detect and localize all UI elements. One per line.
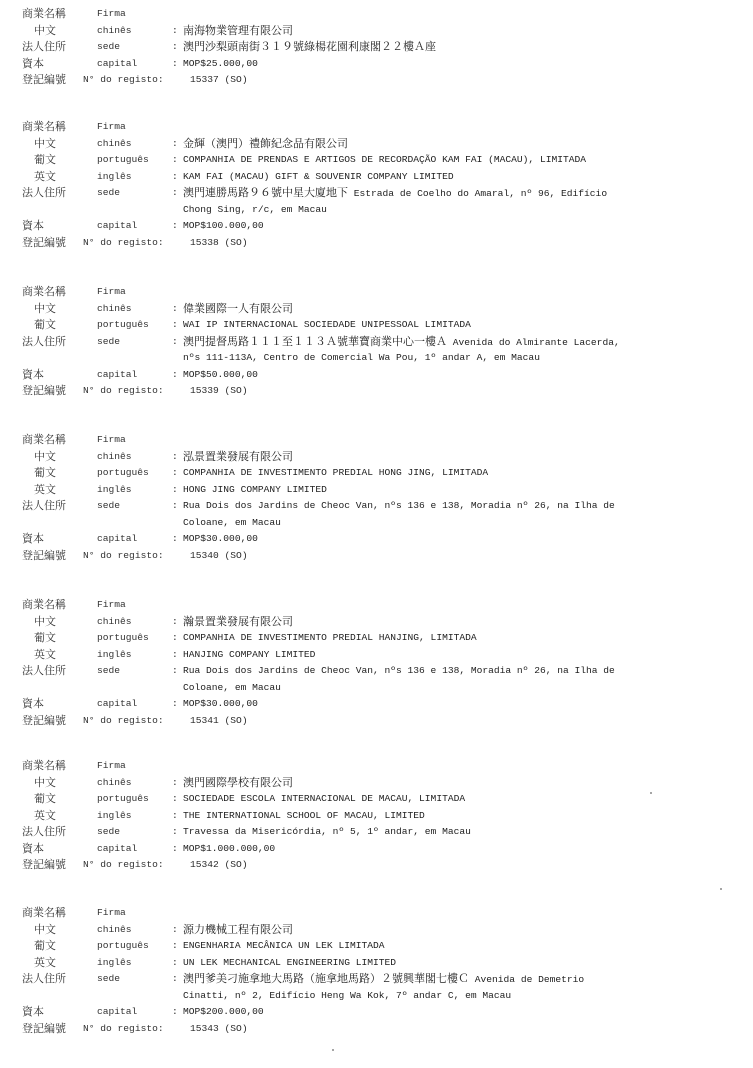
capital-label-zh: 資本: [22, 218, 94, 235]
sede-row: 法人住所 sede : 澳門沙梨頭南街３１９號綠楊花園利康閣２２樓Ａ座: [0, 39, 753, 56]
chines-label-zh: 中文: [34, 449, 106, 466]
chines-label-pt: chinês: [97, 23, 132, 40]
colon: :: [172, 39, 178, 56]
colon: :: [172, 841, 178, 858]
portugues-label-pt: português: [97, 465, 149, 482]
capital-label-pt: capital: [97, 218, 137, 235]
colon: :: [172, 136, 178, 153]
sede-label-zh: 法人住所: [22, 498, 94, 515]
chinese-name: 瀚景置業發展有限公司: [183, 614, 293, 631]
sede-row: 法人住所 sede : 澳門連勝馬路９６號中星大廈地下 Estrada de C…: [0, 185, 753, 202]
capital-row: 資本 capital : MOP$25.000,00: [0, 56, 753, 73]
chinese-name: 澳門國際學校有限公司: [183, 775, 293, 792]
colon: :: [172, 531, 178, 548]
scan-speck: [720, 888, 722, 890]
portuguese-name: COMPANHIA DE PRENDAS E ARTIGOS DE RECORD…: [183, 152, 586, 169]
capital-value: MOP$30.000,00: [183, 531, 258, 548]
portuguese-name: COMPANHIA DE INVESTIMENTO PREDIAL HANJIN…: [183, 630, 477, 647]
chines-label-pt: chinês: [97, 922, 132, 939]
colon: :: [172, 56, 178, 73]
capital-label-zh: 資本: [22, 696, 94, 713]
registo-row: 登記編號 N° do registo: 15340 (SO): [0, 548, 753, 565]
english-name: HANJING COMPANY LIMITED: [183, 647, 315, 664]
firma-label-zh: 商業名稱: [22, 758, 94, 775]
portugues-row: 葡文 português : ENGENHARIA MECÂNICA UN LE…: [0, 938, 753, 955]
colon: :: [172, 971, 178, 988]
sede-continuation-row: Coloane, em Macau: [0, 515, 753, 532]
firma-label-pt: Firma: [97, 6, 126, 23]
sede-row: 法人住所 sede : Rua Dois dos Jardins de Cheo…: [0, 663, 753, 680]
registo-label-pt: N° do registo:: [83, 235, 164, 252]
registo-row: 登記編號 N° do registo: 15342 (SO): [0, 857, 753, 874]
chines-label-pt: chinês: [97, 614, 132, 631]
sede-label-zh: 法人住所: [22, 824, 94, 841]
firma-header-row: 商業名稱 Firma: [0, 758, 753, 775]
firma-header-row: 商業名稱 Firma: [0, 119, 753, 136]
colon: :: [172, 630, 178, 647]
chines-label-zh: 中文: [34, 136, 106, 153]
sede-address-cjk: 澳門沙梨頭南街３１９號綠楊花園利康閣２２樓Ａ座: [183, 39, 436, 56]
ingles-row: 英文 inglês : THE INTERNATIONAL SCHOOL OF …: [0, 808, 753, 825]
portugues-label-zh: 葡文: [34, 938, 106, 955]
portugues-label-pt: português: [97, 791, 149, 808]
capital-label-zh: 資本: [22, 1004, 94, 1021]
registo-number: 15343 (SO): [190, 1021, 248, 1038]
capital-row: 資本 capital : MOP$30.000,00: [0, 696, 753, 713]
ingles-row: 英文 inglês : KAM FAI (MACAU) GIFT & SOUVE…: [0, 169, 753, 186]
colon: :: [172, 449, 178, 466]
sede-label-zh: 法人住所: [22, 663, 94, 680]
sede-label-zh: 法人住所: [22, 334, 94, 351]
colon: :: [172, 791, 178, 808]
portugues-label-pt: português: [97, 317, 149, 334]
capital-row: 資本 capital : MOP$1.000.000,00: [0, 841, 753, 858]
colon: :: [172, 922, 178, 939]
sede-continuation-row: nºs 111-113A, Centro de Comercial Wa Pou…: [0, 350, 753, 367]
chines-row: 中文 chinês : 澳門國際學校有限公司: [0, 775, 753, 792]
sede-address-line2: Chong Sing, r/c, em Macau: [183, 202, 327, 219]
firma-label-zh: 商業名稱: [22, 905, 94, 922]
portugues-label-zh: 葡文: [34, 791, 106, 808]
chinese-name: 偉業國際一人有限公司: [183, 301, 293, 318]
colon: :: [172, 23, 178, 40]
capital-label-zh: 資本: [22, 841, 94, 858]
registration-entry-15339: 商業名稱 Firma 中文 chinês : 偉業國際一人有限公司 葡文 por…: [0, 284, 753, 400]
sede-address-line2: Coloane, em Macau: [183, 680, 281, 697]
colon: :: [172, 317, 178, 334]
portuguese-name: COMPANHIA DE INVESTIMENTO PREDIAL HONG J…: [183, 465, 488, 482]
registo-label-pt: N° do registo:: [83, 857, 164, 874]
registo-number: 15339 (SO): [190, 383, 248, 400]
sede-continuation-row: Cinatti, nº 2, Edifício Heng Wa Kok, 7º …: [0, 988, 753, 1005]
english-name: HONG JING COMPANY LIMITED: [183, 482, 327, 499]
registo-number: 15342 (SO): [190, 857, 248, 874]
sede-row: 法人住所 sede : Rua Dois dos Jardins de Cheo…: [0, 498, 753, 515]
capital-value: MOP$30.000,00: [183, 696, 258, 713]
capital-row: 資本 capital : MOP$200.000,00: [0, 1004, 753, 1021]
colon: :: [172, 482, 178, 499]
capital-row: 資本 capital : MOP$30.000,00: [0, 531, 753, 548]
capital-label-zh: 資本: [22, 367, 94, 384]
ingles-label-pt: inglês: [97, 482, 132, 499]
capital-label-zh: 資本: [22, 531, 94, 548]
scan-speck: [650, 792, 652, 794]
colon: :: [172, 465, 178, 482]
colon: :: [172, 614, 178, 631]
capital-value: MOP$25.000,00: [183, 56, 258, 73]
chines-row: 中文 chinês : 南海物業管理有限公司: [0, 23, 753, 40]
sede-label-zh: 法人住所: [22, 185, 94, 202]
capital-label-pt: capital: [97, 531, 137, 548]
portugues-label-zh: 葡文: [34, 630, 106, 647]
ingles-label-zh: 英文: [34, 955, 106, 972]
portugues-row: 葡文 português : SOCIEDADE ESCOLA INTERNAC…: [0, 791, 753, 808]
colon: :: [172, 938, 178, 955]
ingles-label-pt: inglês: [97, 647, 132, 664]
chinese-name: 源力機械工程有限公司: [183, 922, 293, 939]
portugues-row: 葡文 português : COMPANHIA DE INVESTIMENTO…: [0, 465, 753, 482]
registo-label-pt: N° do registo:: [83, 383, 164, 400]
capital-label-pt: capital: [97, 56, 137, 73]
firma-label-zh: 商業名稱: [22, 6, 94, 23]
portuguese-name: ENGENHARIA MECÂNICA UN LEK LIMITADA: [183, 938, 385, 955]
capital-label-pt: capital: [97, 1004, 137, 1021]
colon: :: [172, 169, 178, 186]
firma-label-zh: 商業名稱: [22, 597, 94, 614]
registo-label-pt: N° do registo:: [83, 1021, 164, 1038]
chines-row: 中文 chinês : 金輝（澳門）禮飾紀念品有限公司: [0, 136, 753, 153]
registration-entry-15343: 商業名稱 Firma 中文 chinês : 源力機械工程有限公司 葡文 por…: [0, 905, 753, 1037]
portugues-label-zh: 葡文: [34, 317, 106, 334]
ingles-label-zh: 英文: [34, 482, 106, 499]
registration-entry-15337: 商業名稱 Firma 中文 chinês : 南海物業管理有限公司 法人住所 s…: [0, 6, 753, 89]
registo-row: 登記編號 N° do registo: 15338 (SO): [0, 235, 753, 252]
firma-label-zh: 商業名稱: [22, 119, 94, 136]
firma-header-row: 商業名稱 Firma: [0, 597, 753, 614]
colon: :: [172, 334, 178, 351]
english-name: THE INTERNATIONAL SCHOOL OF MACAU, LIMIT…: [183, 808, 425, 825]
chines-row: 中文 chinês : 源力機械工程有限公司: [0, 922, 753, 939]
sede-address-line2: Coloane, em Macau: [183, 515, 281, 532]
sede-address-line1: Avenida do Almirante Lacerda,: [447, 337, 620, 348]
portugues-row: 葡文 português : WAI IP INTERNACIONAL SOCI…: [0, 317, 753, 334]
colon: :: [172, 696, 178, 713]
colon: :: [172, 775, 178, 792]
chines-label-zh: 中文: [34, 775, 106, 792]
ingles-label-zh: 英文: [34, 647, 106, 664]
english-name: UN LEK MECHANICAL ENGINEERING LIMITED: [183, 955, 396, 972]
sede-label-zh: 法人住所: [22, 971, 94, 988]
sede-row: 法人住所 sede : Travessa da Misericórdia, nº…: [0, 824, 753, 841]
portugues-label-pt: português: [97, 630, 149, 647]
chines-row: 中文 chinês : 泓景置業發展有限公司: [0, 449, 753, 466]
registration-entry-15341: 商業名稱 Firma 中文 chinês : 瀚景置業發展有限公司 葡文 por…: [0, 597, 753, 729]
capital-row: 資本 capital : MOP$50.000,00: [0, 367, 753, 384]
registo-row: 登記編號 N° do registo: 15341 (SO): [0, 713, 753, 730]
sede-address-line1: Avenida de Demetrio: [469, 974, 584, 985]
ingles-label-pt: inglês: [97, 169, 132, 186]
capital-value: MOP$200.000,00: [183, 1004, 264, 1021]
registration-entry-15338: 商業名稱 Firma 中文 chinês : 金輝（澳門）禮飾紀念品有限公司 葡…: [0, 119, 753, 251]
chines-row: 中文 chinês : 瀚景置業發展有限公司: [0, 614, 753, 631]
chines-label-pt: chinês: [97, 449, 132, 466]
colon: :: [172, 152, 178, 169]
sede-address-cjk: 澳門爹美刁施拿地大馬路（施拿地馬路）２號興華閣七樓Ｃ: [183, 972, 469, 985]
firma-header-row: 商業名稱 Firma: [0, 905, 753, 922]
english-name: KAM FAI (MACAU) GIFT & SOUVENIR COMPANY …: [183, 169, 454, 186]
portugues-label-pt: português: [97, 938, 149, 955]
chines-label-zh: 中文: [34, 922, 106, 939]
sede-row: 法人住所 sede : 澳門爹美刁施拿地大馬路（施拿地馬路）２號興華閣七樓Ｃ A…: [0, 971, 753, 988]
sede-label-pt: sede: [97, 498, 120, 515]
sede-label-pt: sede: [97, 971, 120, 988]
ingles-row: 英文 inglês : HANJING COMPANY LIMITED: [0, 647, 753, 664]
ingles-label-zh: 英文: [34, 169, 106, 186]
firma-header-row: 商業名稱 Firma: [0, 6, 753, 23]
colon: :: [172, 367, 178, 384]
sede-address: 澳門提督馬路１１１至１１３Ａ號華寶商業中心一樓Ａ Avenida do Almi…: [183, 334, 620, 352]
registo-number: 15340 (SO): [190, 548, 248, 565]
capital-value: MOP$1.000.000,00: [183, 841, 275, 858]
ingles-row: 英文 inglês : HONG JING COMPANY LIMITED: [0, 482, 753, 499]
colon: :: [172, 498, 178, 515]
firma-label-pt: Firma: [97, 119, 126, 136]
chinese-name: 泓景置業發展有限公司: [183, 449, 293, 466]
portugues-row: 葡文 português : COMPANHIA DE PRENDAS E AR…: [0, 152, 753, 169]
portuguese-name: SOCIEDADE ESCOLA INTERNACIONAL DE MACAU,…: [183, 791, 465, 808]
sede-continuation-row: Coloane, em Macau: [0, 680, 753, 697]
colon: :: [172, 218, 178, 235]
scan-speck: [332, 1049, 334, 1051]
registo-number: 15337 (SO): [190, 72, 248, 89]
sede-continuation-row: Chong Sing, r/c, em Macau: [0, 202, 753, 219]
sede-label-pt: sede: [97, 663, 120, 680]
colon: :: [172, 647, 178, 664]
chinese-name: 南海物業管理有限公司: [183, 23, 293, 40]
registo-row: 登記編號 N° do registo: 15343 (SO): [0, 1021, 753, 1038]
registo-number: 15341 (SO): [190, 713, 248, 730]
sede-address-line1: Estrada de Coelho do Amaral, nº 96, Edif…: [348, 188, 607, 199]
chines-row: 中文 chinês : 偉業國際一人有限公司: [0, 301, 753, 318]
registo-row: 登記編號 N° do registo: 15337 (SO): [0, 72, 753, 89]
sede-address-line2: nºs 111-113A, Centro de Comercial Wa Pou…: [183, 350, 540, 367]
colon: :: [172, 301, 178, 318]
capital-row: 資本 capital : MOP$100.000,00: [0, 218, 753, 235]
capital-value: MOP$50.000,00: [183, 367, 258, 384]
ingles-label-pt: inglês: [97, 955, 132, 972]
sede-address: 澳門連勝馬路９６號中星大廈地下 Estrada de Coelho do Ama…: [183, 185, 607, 203]
portugues-label-zh: 葡文: [34, 152, 106, 169]
firma-label-pt: Firma: [97, 905, 126, 922]
sede-address: 澳門爹美刁施拿地大馬路（施拿地馬路）２號興華閣七樓Ｃ Avenida de De…: [183, 971, 584, 989]
sede-address-line1: Rua Dois dos Jardins de Cheoc Van, nºs 1…: [183, 663, 615, 680]
firma-label-zh: 商業名稱: [22, 284, 94, 301]
sede-label-pt: sede: [97, 334, 120, 351]
colon: :: [172, 1004, 178, 1021]
sede-label-pt: sede: [97, 824, 120, 841]
registo-label-pt: N° do registo:: [83, 72, 164, 89]
chines-label-pt: chinês: [97, 301, 132, 318]
portuguese-name: WAI IP INTERNACIONAL SOCIEDADE UNIPESSOA…: [183, 317, 471, 334]
firma-label-pt: Firma: [97, 597, 126, 614]
registo-row: 登記編號 N° do registo: 15339 (SO): [0, 383, 753, 400]
sede-row: 法人住所 sede : 澳門提督馬路１１１至１１３Ａ號華寶商業中心一樓Ａ Ave…: [0, 334, 753, 351]
sede-address-line1: Travessa da Misericórdia, nº 5, 1º andar…: [183, 824, 471, 841]
capital-label-pt: capital: [97, 367, 137, 384]
chines-label-zh: 中文: [34, 614, 106, 631]
sede-label-pt: sede: [97, 185, 120, 202]
firma-label-zh: 商業名稱: [22, 432, 94, 449]
sede-label-pt: sede: [97, 39, 120, 56]
chines-label-zh: 中文: [34, 301, 106, 318]
ingles-label-pt: inglês: [97, 808, 132, 825]
chinese-name: 金輝（澳門）禮飾紀念品有限公司: [183, 136, 348, 153]
registo-label-pt: N° do registo:: [83, 548, 164, 565]
registo-number: 15338 (SO): [190, 235, 248, 252]
chines-label-pt: chinês: [97, 775, 132, 792]
chines-label-zh: 中文: [34, 23, 106, 40]
ingles-label-zh: 英文: [34, 808, 106, 825]
capital-label-pt: capital: [97, 696, 137, 713]
colon: :: [172, 808, 178, 825]
portugues-label-pt: português: [97, 152, 149, 169]
portugues-label-zh: 葡文: [34, 465, 106, 482]
colon: :: [172, 955, 178, 972]
firma-header-row: 商業名稱 Firma: [0, 432, 753, 449]
capital-label-zh: 資本: [22, 56, 94, 73]
firma-header-row: 商業名稱 Firma: [0, 284, 753, 301]
sede-label-zh: 法人住所: [22, 39, 94, 56]
sede-address-line1: Rua Dois dos Jardins de Cheoc Van, nºs 1…: [183, 498, 615, 515]
registration-entry-15342: 商業名稱 Firma 中文 chinês : 澳門國際學校有限公司 葡文 por…: [0, 758, 753, 874]
sede-address-line2: Cinatti, nº 2, Edifício Heng Wa Kok, 7º …: [183, 988, 511, 1005]
sede-address-cjk: 澳門連勝馬路９６號中星大廈地下: [183, 186, 348, 199]
firma-label-pt: Firma: [97, 758, 126, 775]
registo-label-pt: N° do registo:: [83, 713, 164, 730]
sede-address-cjk: 澳門提督馬路１１１至１１３Ａ號華寶商業中心一樓Ａ: [183, 335, 447, 348]
firma-label-pt: Firma: [97, 432, 126, 449]
capital-label-pt: capital: [97, 841, 137, 858]
portugues-row: 葡文 português : COMPANHIA DE INVESTIMENTO…: [0, 630, 753, 647]
colon: :: [172, 185, 178, 202]
capital-value: MOP$100.000,00: [183, 218, 264, 235]
firma-label-pt: Firma: [97, 284, 126, 301]
colon: :: [172, 824, 178, 841]
colon: :: [172, 663, 178, 680]
ingles-row: 英文 inglês : UN LEK MECHANICAL ENGINEERIN…: [0, 955, 753, 972]
registration-entry-15340: 商業名稱 Firma 中文 chinês : 泓景置業發展有限公司 葡文 por…: [0, 432, 753, 564]
chines-label-pt: chinês: [97, 136, 132, 153]
